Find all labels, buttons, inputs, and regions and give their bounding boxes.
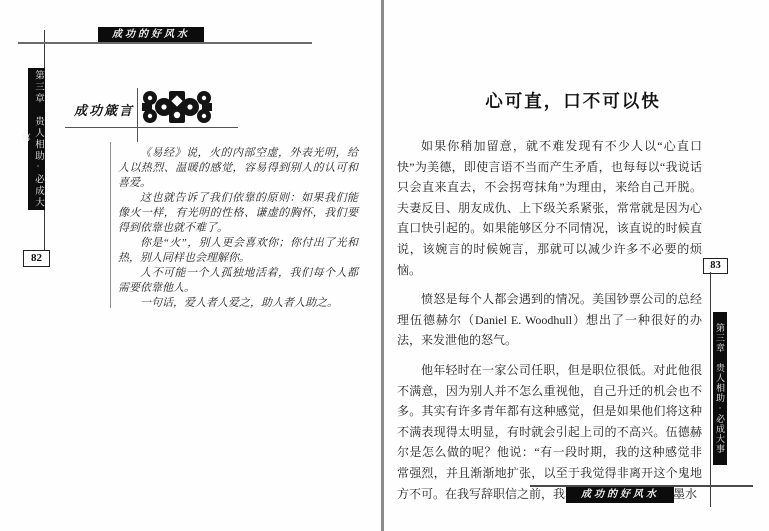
maxim-paragraph: 人不可能一个人孤独地活着，我们每个人都需要依靠他人。 xyxy=(118,266,358,296)
section-title: 心可直，口不可以快 xyxy=(392,88,754,113)
left-page-number: 82 xyxy=(23,250,50,267)
left-header-rule xyxy=(18,42,312,44)
body-paragraph: 愤怒是每个人都会遇到的情况。美国钞票公司的总经理伍德赫尔（Daniel E. W… xyxy=(397,289,702,351)
body-paragraph: 他年轻时在一家公司任职，但是职位很低。对此他很不满意，因为别人并不怎么重视他，自… xyxy=(397,360,702,504)
maxim-paragraph: 你是“火”，别人更会喜欢你；你付出了光和热，别人同样也会理解你。 xyxy=(118,236,358,266)
maxim-paragraph: 《易经》说，火的内部空虚，外表光明，给人以热烈、温暖的感觉，容易得到别人的认可和… xyxy=(118,146,358,191)
right-chapter-sidebar: 第三章 贵人相助·必成大事 xyxy=(713,312,727,465)
page-gutter-divider xyxy=(381,0,384,531)
body-text: 如果你稍加留意，就不难发现有不少人以“心直口快”为美德，即使言语不当而产生矛盾，… xyxy=(397,136,702,513)
maxim-paragraph: 这也就告诉了我们依靠的原则：如果我们能像火一样，有光明的性格、谦虚的胸怀，我们要… xyxy=(118,191,358,236)
right-running-foot: 成功的好风水 xyxy=(566,487,674,503)
maxim-underline-rule xyxy=(65,127,238,128)
left-chapter-sidebar: 第三章 贵人相助·必成大事 xyxy=(28,68,45,210)
left-running-head: 成功的好风水 xyxy=(98,27,204,42)
maxim-quote-left-rule xyxy=(110,142,111,308)
maxim-section-label: 成功箴言 xyxy=(74,100,138,119)
right-page-number: 83 xyxy=(703,258,728,274)
decorative-ornament xyxy=(140,88,214,126)
maxim-divider-vline xyxy=(137,88,138,142)
book-spread-scan: 成功的好风水 第三章 贵人相助·必成大事 82 成功箴言 xyxy=(0,0,769,531)
body-paragraph: 如果你稍加留意，就不难发现有不少人以“心直口快”为美德，即使言语不当而产生矛盾，… xyxy=(397,136,702,280)
maxim-paragraph: 一句话，爱人者人爱之，助人者人助之。 xyxy=(118,296,358,311)
ornament-stamp-icon xyxy=(140,88,214,126)
right-crop-mark-vline xyxy=(710,272,711,507)
maxim-quote-text: 《易经》说，火的内部空虚，外表光明，给人以热烈、温暖的感觉，容易得到别人的认可和… xyxy=(118,146,358,311)
